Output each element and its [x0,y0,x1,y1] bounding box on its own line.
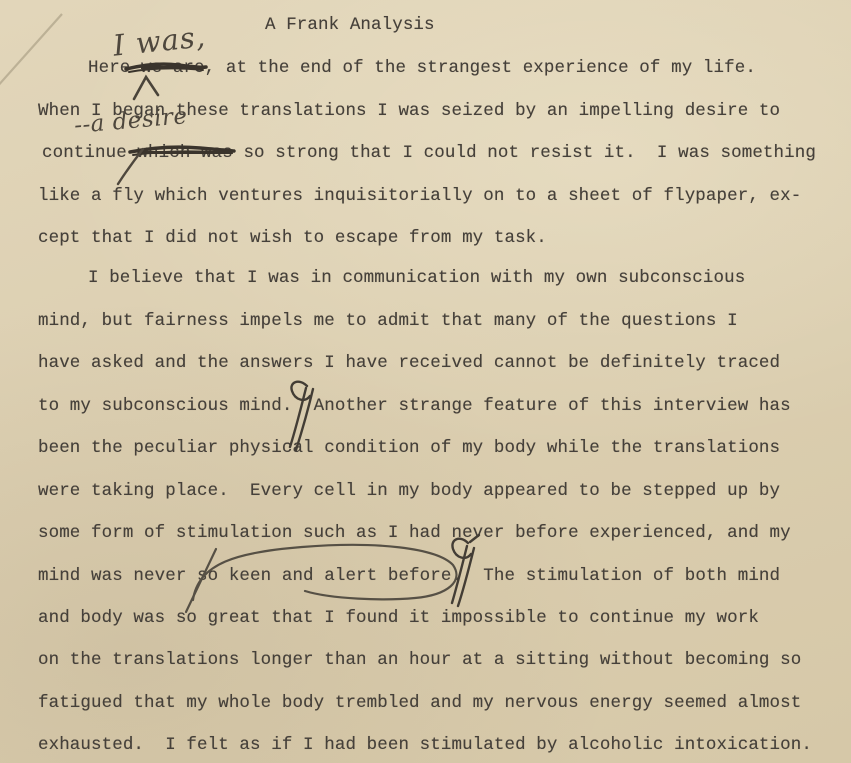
line-text: to my subconscious mind. [38,396,292,416]
typed-line: and body was so great that I found it im… [38,608,759,628]
line-text: Another strange feature of this intervie… [292,396,790,416]
struck-text: which was [137,143,232,163]
paper-crease [0,14,62,88]
typed-line: mind was never so keen and alert before.… [38,566,780,586]
typed-line: have asked and the answers I have receiv… [38,353,780,373]
document-title: A Frank Analysis [265,15,435,35]
caret-icon [134,77,158,99]
document-page: A Frank Analysis Here we are, at the end… [0,0,851,763]
line-text: continue [42,143,137,163]
line-text: , at the end of the strangest experience… [205,58,756,78]
typed-line: fatigued that my whole body trembled and… [38,693,801,713]
line-text: The stimulation of both mind [462,566,780,586]
line-text: mind was never so keen and alert before. [38,566,462,586]
line-text: so strong that I could not resist it. I … [233,143,816,163]
struck-text: we are [141,58,205,78]
typed-line: cept that I did not wish to escape from … [38,228,547,248]
typed-line: I believe that I was in communication wi… [88,268,745,288]
typed-line: continue which was so strong that I coul… [42,143,816,163]
typed-line: on the translations longer than an hour … [38,650,801,670]
typed-line: exhausted. I felt as if I had been stimu… [38,735,812,755]
typed-line: like a fly which ventures inquisitoriall… [38,186,801,206]
typed-line: been the peculiar physical condition of … [38,438,780,458]
typed-line: mind, but fairness impels me to admit th… [38,311,738,331]
typed-line: Here we are, at the end of the strangest… [88,58,756,78]
handwritten-insertion: I was, [111,19,207,63]
typed-line: to my subconscious mind. Another strange… [38,396,791,416]
typed-line: some form of stimulation such as I had n… [38,523,791,543]
typed-line: were taking place. Every cell in my body… [38,481,780,501]
